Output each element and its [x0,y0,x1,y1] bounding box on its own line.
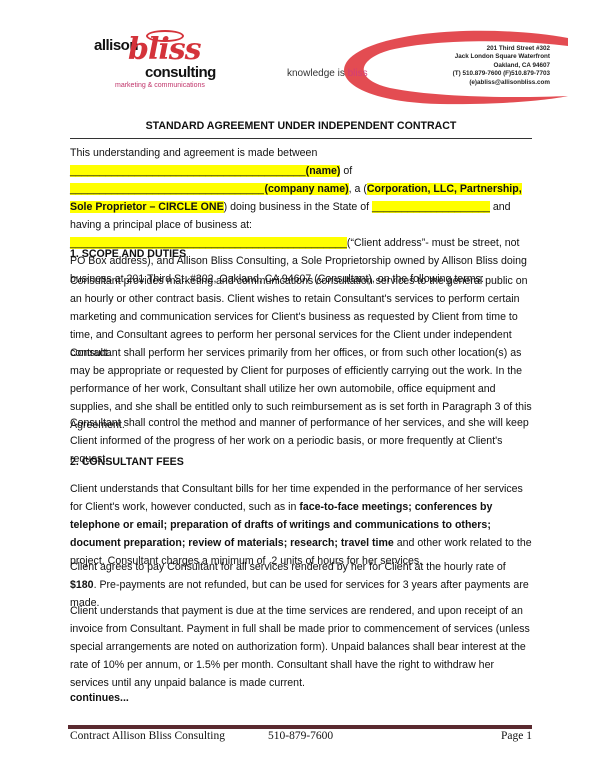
section-1-heading: 1. SCOPE AND DUTIES [70,248,186,260]
page-footer: Contract Allison Bliss Consulting 510-87… [70,730,532,746]
address-line: Oakland, CA 94607 [390,62,550,70]
address-line: 201 Third Street #302 [390,45,550,53]
phone-fax-line: (T) 510.879-7600 (F)510.879-7703 [390,70,550,78]
slogan: knowledge is bliss [287,68,368,79]
intro-text: ) doing business in the State of [224,201,372,213]
hourly-rate: $180 [70,579,94,591]
email-line: (e)abliss@allisonbliss.com [390,79,550,87]
footer-phone: 510-879-7600 [268,730,333,742]
section-2-paragraph-1: Client understands that Consultant bills… [70,480,532,570]
name-label: (name) [306,165,341,177]
state-blank-field[interactable]: ____________________ [372,201,490,213]
footer-document-name: Contract Allison Bliss Consulting [70,730,225,742]
section-2-heading: 2. CONSULTANT FEES [70,456,184,468]
slogan-bliss: bliss [348,68,368,79]
title-divider [70,138,532,139]
name-blank-field[interactable]: ________________________________________ [70,165,306,177]
continues-label: continues... [70,692,129,704]
logo-word-consulting: consulting [145,64,216,81]
company-name-label: (company name) [264,183,348,195]
company-address-block: 201 Third Street #302 Jack London Square… [390,45,550,87]
company-logo: allison bliss consulting marketing & com… [60,22,260,102]
company-blank-field[interactable]: _________________________________ [70,183,264,195]
intro-text: , a ( [349,183,367,195]
slogan-text: knowledge is [287,68,348,79]
intro-text: This understanding and agreement is made… [70,147,317,159]
footer-divider [68,725,532,729]
intro-paragraph: This understanding and agreement is made… [70,144,532,288]
logo-word-bliss: bliss [128,32,201,67]
intro-text: of [343,165,352,177]
logo-tagline: marketing & communications [115,82,205,89]
document-title: STANDARD AGREEMENT UNDER INDEPENDENT CON… [70,120,532,132]
footer-page-number: Page 1 [501,730,532,742]
address-line: Jack London Square Waterfront [390,53,550,61]
letterhead: allison bliss consulting marketing & com… [0,0,600,110]
rate-text: Client agrees to pay Consultant for all … [70,561,506,573]
section-2-paragraph-3: Client understands that payment is due a… [70,602,532,692]
